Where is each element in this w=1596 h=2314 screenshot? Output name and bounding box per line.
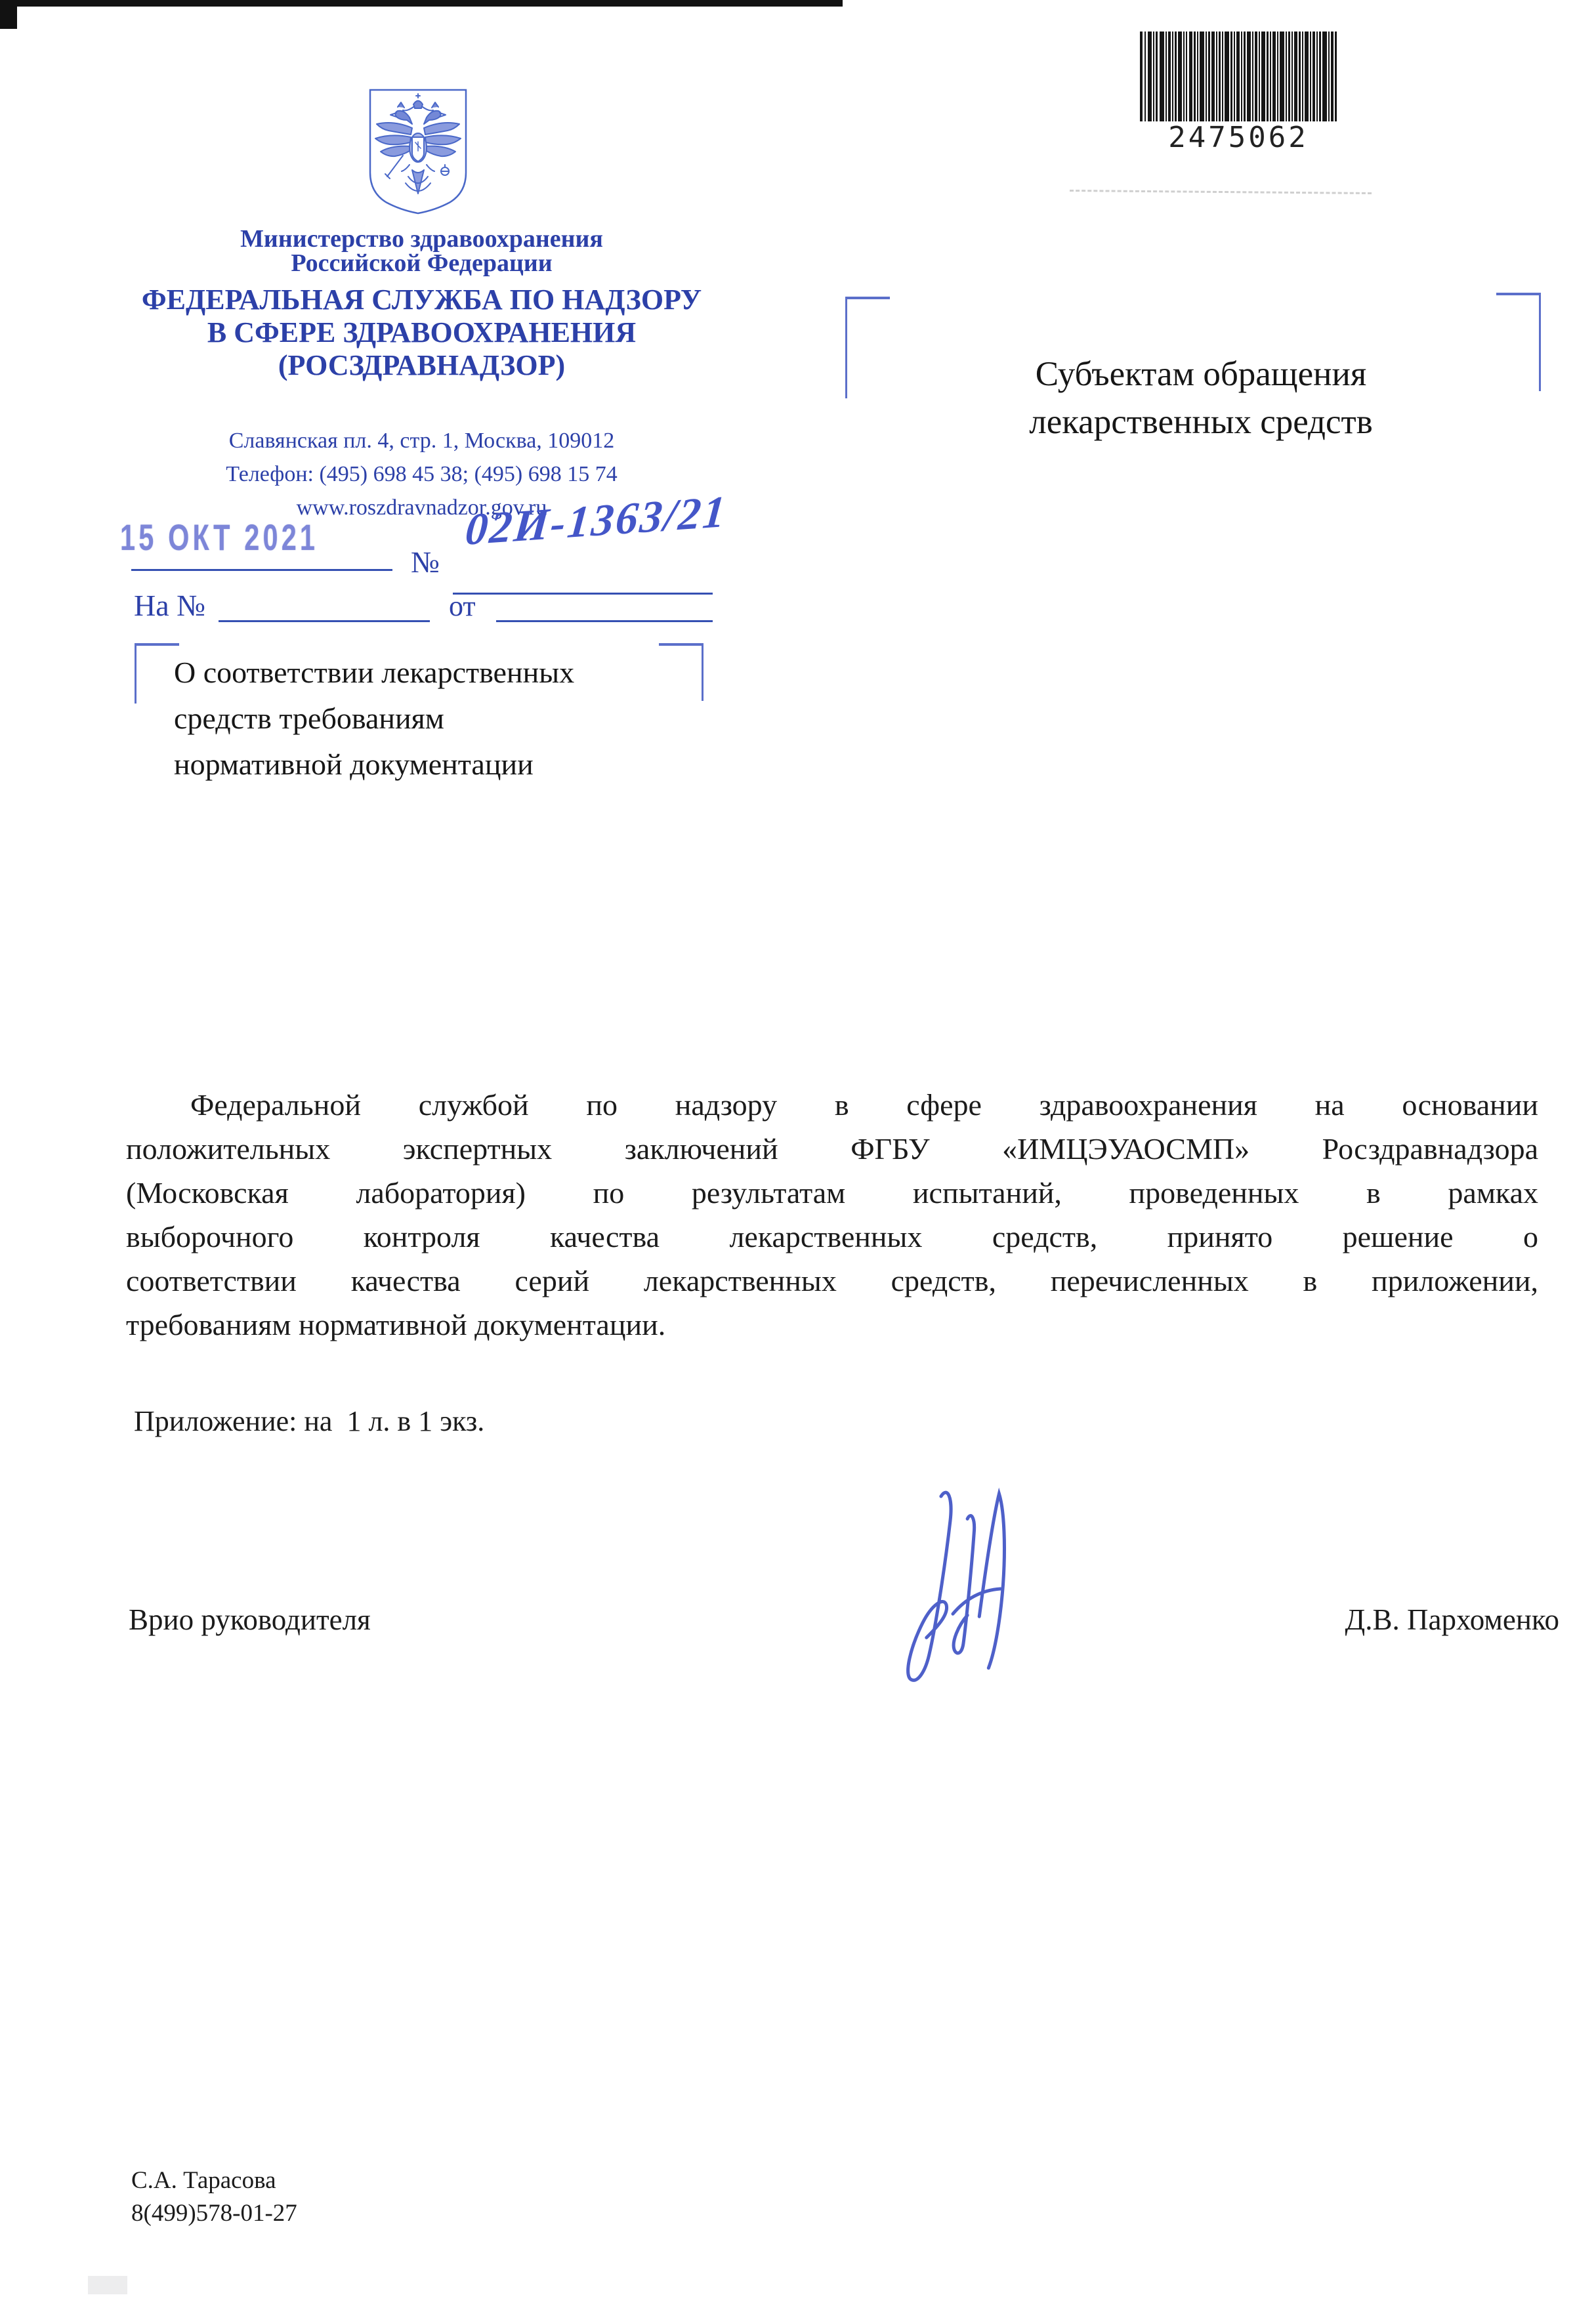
scan-artifact-bottom-smudge	[88, 2276, 127, 2294]
reply-to-label: На №	[134, 588, 205, 623]
service-header: ФЕДЕРАЛЬНАЯ СЛУЖБА ПО НАДЗОРУ В СФЕРЕ ЗД…	[92, 284, 751, 382]
addressee-bracket-left	[845, 297, 847, 398]
reply-date-underline	[496, 620, 713, 622]
addressee-line-2: лекарственных средств	[945, 398, 1457, 446]
executor-name: С.А. Тарасова	[131, 2164, 297, 2197]
executor-block: С.А. Тарасова 8(499)578-01-27	[131, 2164, 297, 2230]
addressee-bracket-top-right	[1496, 293, 1541, 295]
date-stamp: 15 ОКТ 2021	[120, 516, 318, 558]
executor-phone: 8(499)578-01-27	[131, 2197, 297, 2230]
addressee-line-1: Субъектам обращения	[945, 350, 1457, 398]
barcode-bars	[1140, 32, 1337, 121]
subject-block: О соответствии лекарственных средств тре…	[174, 650, 699, 788]
number-label: №	[411, 545, 440, 579]
addressee-bracket-right	[1539, 293, 1541, 391]
number-underline	[453, 593, 713, 595]
handwritten-signature	[863, 1484, 1041, 1702]
barcode-number: 2475062	[1140, 121, 1337, 154]
service-line-2: В СФЕРЕ ЗДРАВООХРАНЕНИЯ	[92, 316, 751, 349]
body-line: требованиям нормативной документации.	[126, 1303, 1538, 1347]
phone-numbers: Телефон: (495) 698 45 38; (495) 698 15 7…	[92, 457, 751, 491]
subject-bracket-right	[702, 643, 703, 701]
coat-of-arms-icon	[366, 87, 470, 216]
ministry-header: Министерство здравоохранения Российской …	[92, 227, 751, 276]
barcode-icon	[1140, 32, 1337, 121]
ministry-line-1: Министерство здравоохранения	[92, 227, 751, 251]
body-line: соответствии качества серий лекарственны…	[126, 1259, 1538, 1303]
body-paragraph: Федеральной службой по надзору в сфере з…	[126, 1083, 1538, 1347]
reply-from-label: от	[449, 589, 476, 623]
postal-address: Славянская пл. 4, стр. 1, Москва, 109012	[92, 424, 751, 457]
subject-bracket-left	[135, 643, 136, 704]
service-line-3: (РОСЗДРАВНАДЗОР)	[92, 349, 751, 382]
body-line: выборочного контроля качества лекарствен…	[126, 1215, 1538, 1259]
subject-line-1: О соответствии лекарственных	[174, 650, 699, 696]
addressee-bracket-top-left	[845, 297, 890, 299]
body-line: (Московская лаборатория) по результатам …	[126, 1171, 1538, 1215]
ministry-line-2: Российской Федерации	[92, 251, 751, 276]
subject-line-2: средств требованиям	[174, 696, 699, 742]
letter-page: 2475062	[0, 0, 1596, 2314]
body-line: положительных экспертных заключений ФГБУ…	[126, 1127, 1538, 1171]
service-line-1: ФЕДЕРАЛЬНАЯ СЛУЖБА ПО НАДЗОРУ	[92, 284, 751, 316]
attachment-note: Приложение: на 1 л. в 1 экз.	[134, 1404, 484, 1438]
subject-bracket-top-left	[135, 643, 179, 646]
body-line: Федеральной службой по надзору в сфере з…	[126, 1083, 1538, 1127]
subject-bracket-top-right	[659, 643, 703, 646]
subject-line-3: нормативной документации	[174, 742, 699, 788]
scan-artifact-top-bar	[0, 0, 843, 7]
scan-artifact-corner-blob	[0, 0, 17, 29]
date-underline	[131, 569, 392, 571]
reply-number-underline	[219, 620, 430, 622]
signer-title: Врио руководителя	[129, 1603, 371, 1637]
addressee-block: Субъектам обращения лекарственных средст…	[945, 350, 1457, 446]
scan-artifact-smudge-line	[1070, 190, 1372, 194]
signer-name: Д.В. Пархоменко	[1247, 1603, 1559, 1637]
